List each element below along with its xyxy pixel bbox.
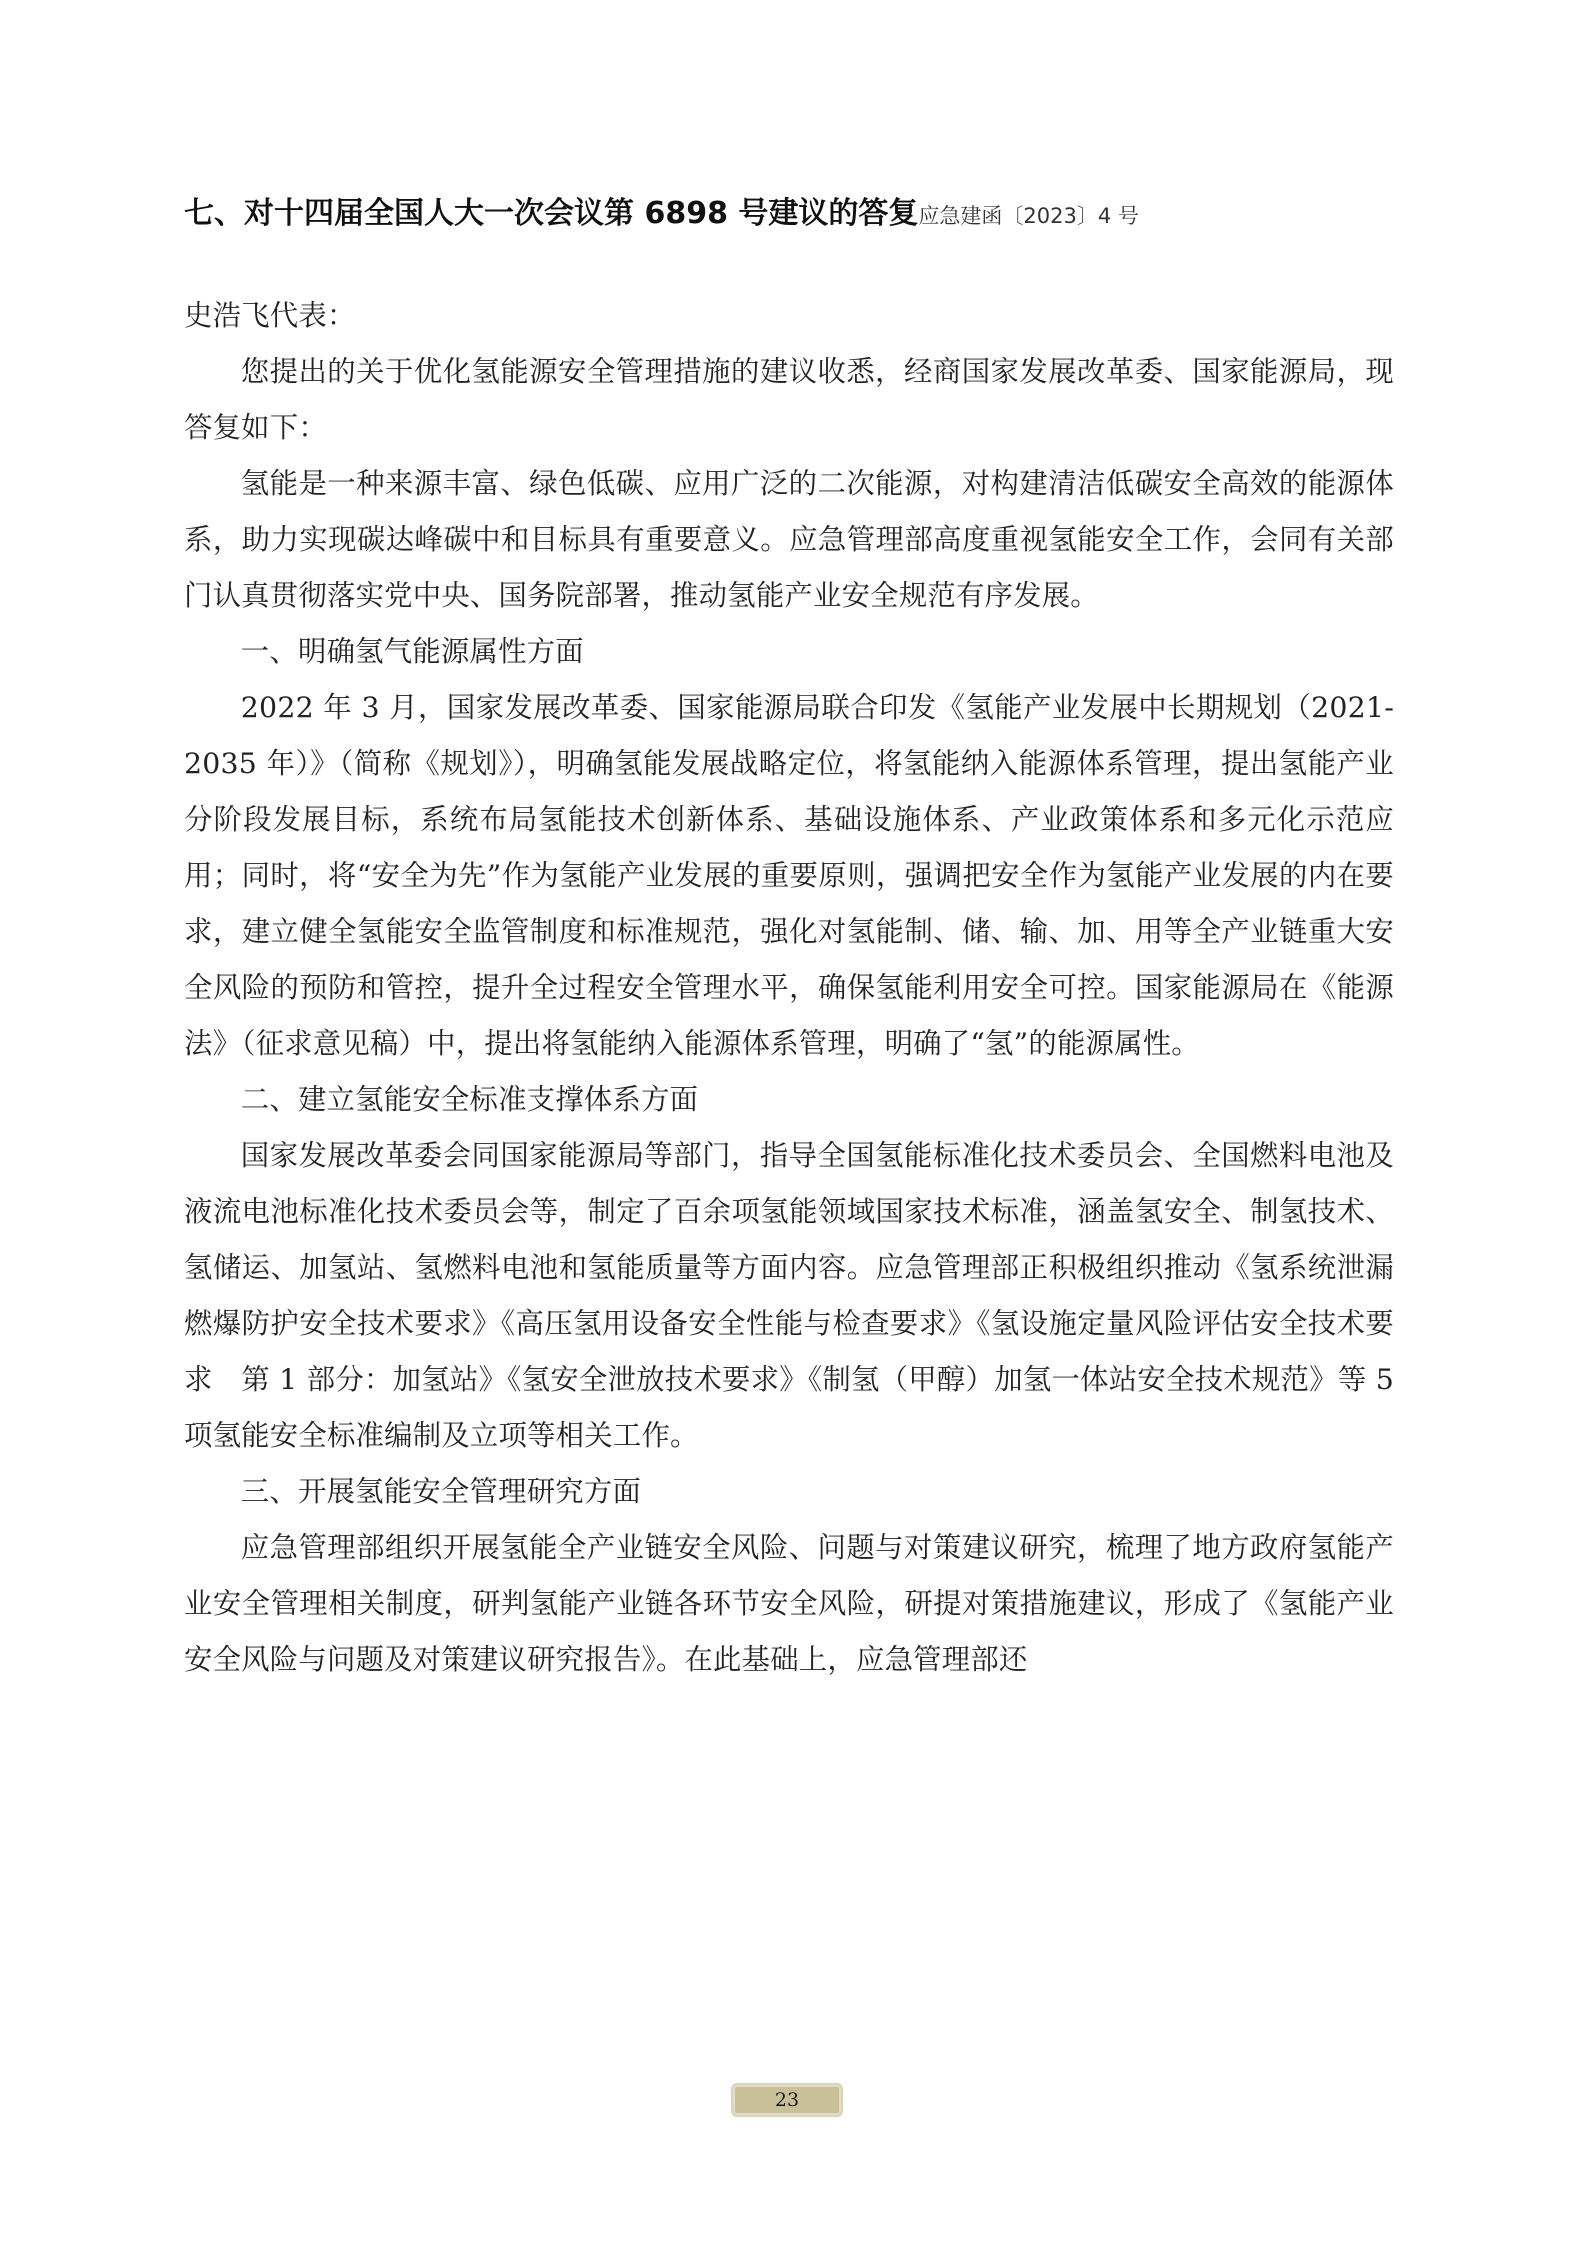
title-text: 七、对十四届全国人大一次会议第 6898 号建议的答复 [184,196,918,231]
document-number: 应急建函〔2023〕4 号 [918,204,1138,228]
section-heading-2: 二、建立氢能安全标准支撑体系方面 [184,1072,1394,1128]
section-heading-1: 一、明确氢气能源属性方面 [184,624,1394,680]
page-number-badge: 23 [731,2083,843,2117]
section-heading-3: 三、开展氢能安全管理研究方面 [184,1464,1394,1520]
paragraph-background: 氢能是一种来源丰富、绿色低碳、应用广泛的二次能源，对构建清洁低碳安全高效的能源体… [184,456,1394,624]
reply-body: 史浩飞代表： 您提出的关于优化氢能源安全管理措施的建议收悉，经商国家发展改革委、… [184,288,1394,1688]
paragraph-section-1: 2022 年 3 月，国家发展改革委、国家能源局联合印发《氢能产业发展中长期规划… [184,680,1394,1072]
reply-title: 七、对十四届全国人大一次会议第 6898 号建议的答复应急建函〔2023〕4 号 [184,192,1139,238]
paragraph-intro: 您提出的关于优化氢能源安全管理措施的建议收悉，经商国家发展改革委、国家能源局，现… [184,344,1394,456]
salutation: 史浩飞代表： [184,288,1394,344]
paragraph-section-2: 国家发展改革委会同国家能源局等部门，指导全国氢能标准化技术委员会、全国燃料电池及… [184,1128,1394,1464]
paragraph-section-3: 应急管理部组织开展氢能全产业链安全风险、问题与对策建议研究，梳理了地方政府氢能产… [184,1520,1394,1688]
